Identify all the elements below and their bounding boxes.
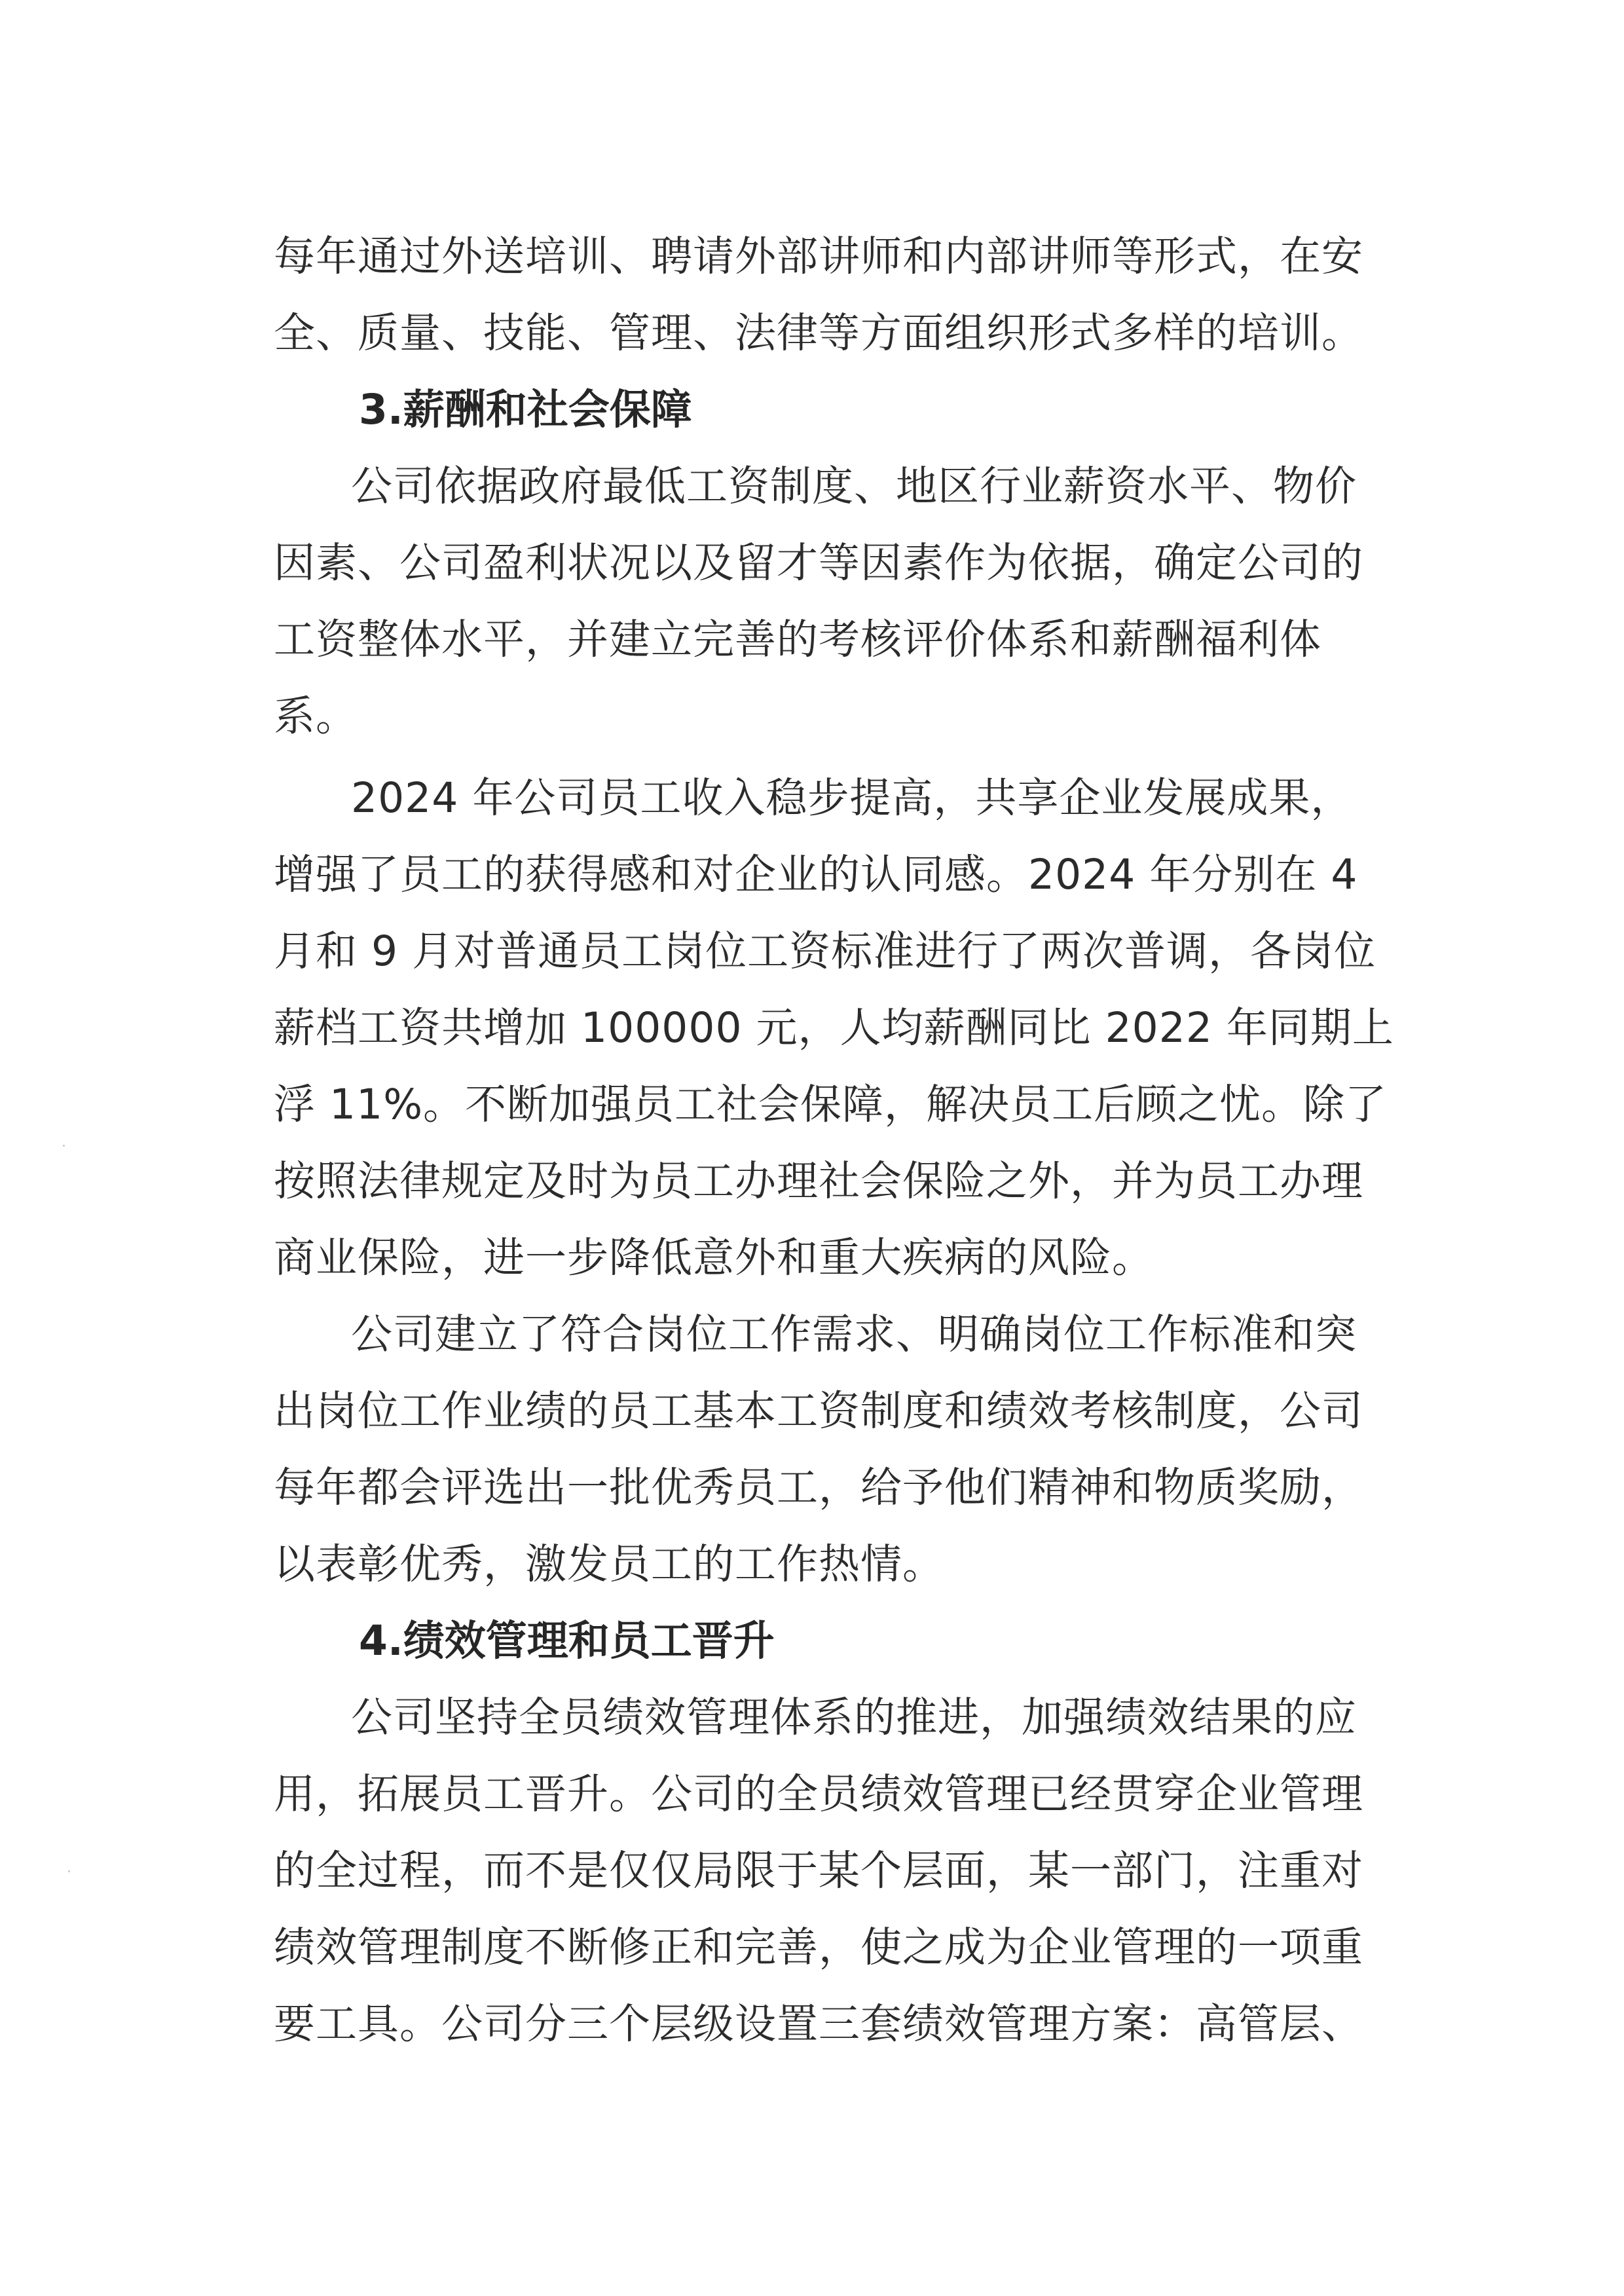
scan-artifact xyxy=(63,1145,65,1147)
text-line: 2024 年公司员工收入稳步提高，共享企业发展成果， xyxy=(351,772,1490,824)
text-line: 商业保险，进一步降低意外和重大疾病的风险。 xyxy=(274,1232,1413,1284)
text-line: 公司坚持全员绩效管理体系的推进，加强绩效结果的应 xyxy=(351,1692,1490,1744)
text-line: 用，拓展员工晋升。公司的全员绩效管理已经贯穿企业管理 xyxy=(274,1768,1413,1821)
text-line: 公司建立了符合岗位工作需求、明确岗位工作标准和突 xyxy=(351,1308,1490,1361)
section-4-heading: 4.绩效管理和员工晋升 xyxy=(359,1615,775,1667)
scan-artifact xyxy=(68,1870,70,1872)
text-line: 每年通过外送培训、聘请外部讲师和内部讲师等形式，在安 xyxy=(274,231,1413,283)
text-line: 月和 9 月对普通员工岗位工资标准进行了两次普调，各岗位 xyxy=(274,925,1413,978)
text-line: 工资整体水平，并建立完善的考核评价体系和薪酬福利体 xyxy=(274,614,1413,666)
text-line: 因素、公司盈利状况以及留才等因素作为依据，确定公司的 xyxy=(274,537,1413,589)
text-line: 公司依据政府最低工资制度、地区行业薪资水平、物价 xyxy=(351,460,1490,513)
text-line: 要工具。公司分三个层级设置三套绩效管理方案：高管层、 xyxy=(274,1998,1413,2050)
text-line: 的全过程，而不是仅仅局限于某个层面，某一部门，注重对 xyxy=(274,1845,1413,1897)
text-line: 薪档工资共增加 100000 元，人均薪酬同比 2022 年同期上 xyxy=(274,1002,1413,1054)
text-line: 浮 11%。不断加强员工社会保障，解决员工后顾之忧。除了 xyxy=(274,1079,1413,1131)
text-line: 系。 xyxy=(274,690,1413,743)
text-line: 按照法律规定及时为员工办理社会保险之外，并为员工办理 xyxy=(274,1155,1413,1208)
text-line: 出岗位工作业绩的员工基本工资制度和绩效考核制度，公司 xyxy=(274,1385,1413,1437)
text-line: 增强了员工的获得感和对企业的认同感。2024 年分别在 4 xyxy=(274,849,1413,901)
text-line: 每年都会评选出一批优秀员工，给予他们精神和物质奖励， xyxy=(274,1462,1413,1514)
text-line: 绩效管理制度不断修正和完善，使之成为企业管理的一项重 xyxy=(274,1921,1413,1974)
document-page: 每年通过外送培训、聘请外部讲师和内部讲师等形式，在安 全、质量、技能、管理、法律… xyxy=(0,0,1624,2296)
text-line: 以表彰优秀，激发员工的工作热情。 xyxy=(274,1538,1413,1591)
section-3-heading: 3.薪酬和社会保障 xyxy=(359,384,692,436)
text-line: 全、质量、技能、管理、法律等方面组织形式多样的培训。 xyxy=(274,307,1413,360)
